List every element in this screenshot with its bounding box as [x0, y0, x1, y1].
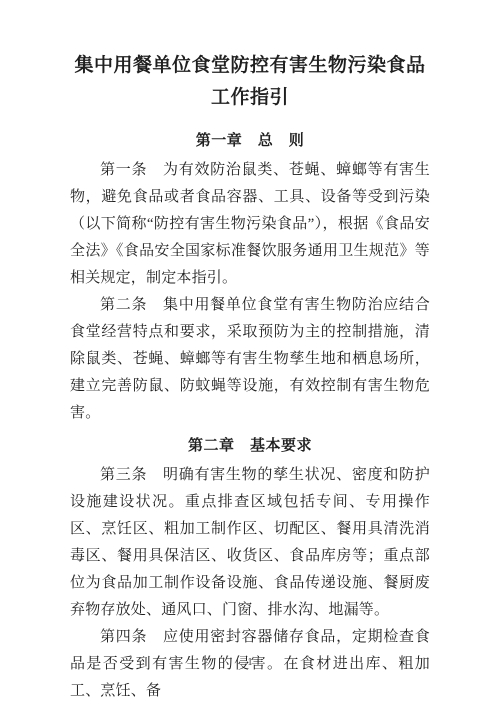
document-title-line1: 集中用餐单位食堂防控有害生物污染食品	[74, 55, 425, 76]
chapter-1-heading: 第一章 总 则	[70, 128, 430, 155]
article-3-paragraph: 第三条 明确有害生物的孳生状况、密度和防护设施建设状况。重点排查区域包括专间、专…	[70, 462, 430, 624]
document-page: 集中用餐单位食堂防控有害生物污染食品工作指引 第一章 总 则 第一条 为有效防治…	[0, 0, 500, 707]
chapter-2-heading: 第二章 基本要求	[70, 433, 430, 460]
document-title-line2: 工作指引	[211, 87, 289, 108]
article-1-paragraph: 第一条 为有效防治鼠类、苍蝇、蟑螂等有害生物，避免食品或者食品容器、工具、设备等…	[70, 157, 430, 292]
page-number: 1	[0, 657, 500, 669]
article-2-paragraph: 第二条 集中用餐单位食堂有害生物防治应结合食堂经营特点和要求，采取预防为主的控制…	[70, 292, 430, 427]
document-title: 集中用餐单位食堂防控有害生物污染食品工作指引	[70, 50, 430, 114]
